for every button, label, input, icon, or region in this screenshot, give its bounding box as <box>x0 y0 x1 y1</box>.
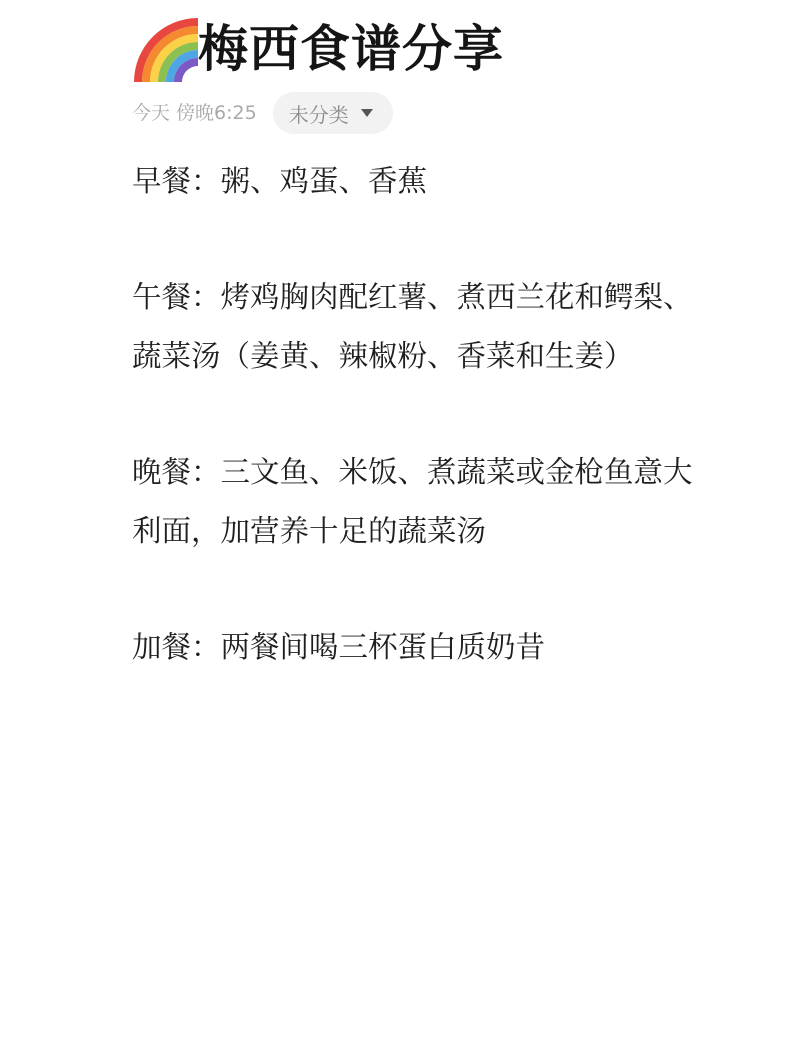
category-label: 未分类 <box>289 99 349 128</box>
category-dropdown[interactable]: 未分类 <box>273 92 393 134</box>
note-timestamp: 今天 傍晚6:25 <box>132 92 257 134</box>
note-page: 梅西食谱分享 今天 傍晚6:25 未分类 早餐：粥、鸡蛋、香蕉 午餐：烤鸡胸肉配… <box>0 0 800 1044</box>
paragraph-breakfast: 早餐：粥、鸡蛋、香蕉 <box>132 152 712 212</box>
note-title: 梅西食谱分享 <box>198 14 504 84</box>
note-meta-row: 今天 傍晚6:25 未分类 <box>132 92 393 134</box>
note-title-row: 梅西食谱分享 <box>132 14 504 84</box>
note-body[interactable]: 早餐：粥、鸡蛋、香蕉 午餐：烤鸡胸肉配红薯、煮西兰花和鳄梨、蔬菜汤（姜黄、辣椒粉… <box>132 152 712 677</box>
paragraph-dinner: 晚餐：三文鱼、米饭、煮蔬菜或金枪鱼意大利面，加营养十足的蔬菜汤 <box>132 443 712 562</box>
paragraph-snack: 加餐：两餐间喝三杯蛋白质奶昔 <box>132 618 712 678</box>
paragraph-lunch: 午餐：烤鸡胸肉配红薯、煮西兰花和鳄梨、蔬菜汤（姜黄、辣椒粉、香菜和生姜） <box>132 268 712 387</box>
rainbow-icon <box>132 18 198 82</box>
caret-down-icon <box>361 109 373 117</box>
